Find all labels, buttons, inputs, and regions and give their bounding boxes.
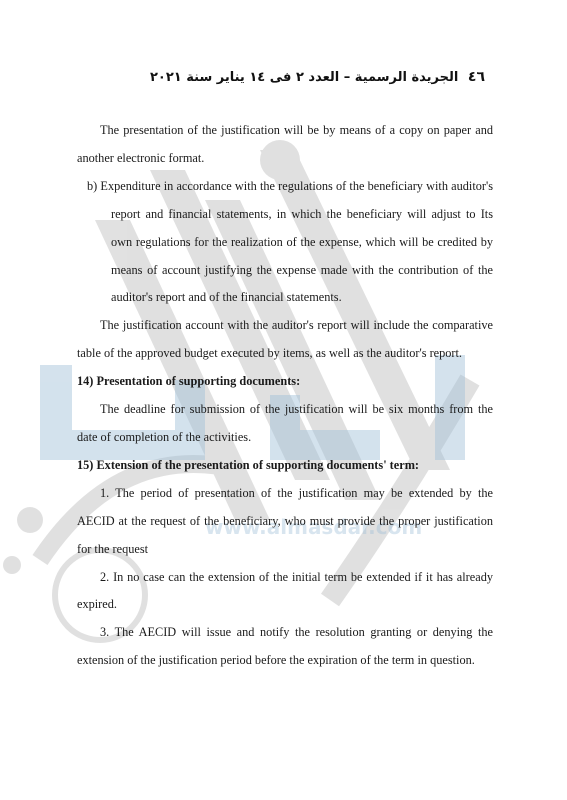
paragraph-extension-1: 1. The period of presentation of the jus… xyxy=(77,480,493,564)
paragraph-expenditure-b: b) Expenditure in accordance with the re… xyxy=(77,173,493,313)
page-header: ٤٦ الجريدة الرسمية – العدد ٢ فى ١٤ يناير… xyxy=(150,66,485,88)
document-body: The presentation of the justification wi… xyxy=(77,117,493,675)
page-number: ٤٦ xyxy=(468,69,485,85)
paragraph-presentation-format: The presentation of the justification wi… xyxy=(77,117,493,173)
paragraph-extension-2: 2. In no case can the extension of the i… xyxy=(77,564,493,620)
paragraph-deadline: The deadline for submission of the justi… xyxy=(77,396,493,452)
paragraph-justification-account: The justification account with the audit… xyxy=(77,312,493,368)
section-heading-14: 14) Presentation of supporting documents… xyxy=(77,368,493,396)
document-page: ٤٦ الجريدة الرسمية – العدد ٢ فى ١٤ يناير… xyxy=(0,0,567,800)
paragraph-extension-3: 3. The AECID will issue and notify the r… xyxy=(77,619,493,675)
gazette-title: الجريدة الرسمية – العدد ٢ فى ١٤ يناير سن… xyxy=(150,70,458,85)
section-heading-15: 15) Extension of the presentation of sup… xyxy=(77,452,493,480)
